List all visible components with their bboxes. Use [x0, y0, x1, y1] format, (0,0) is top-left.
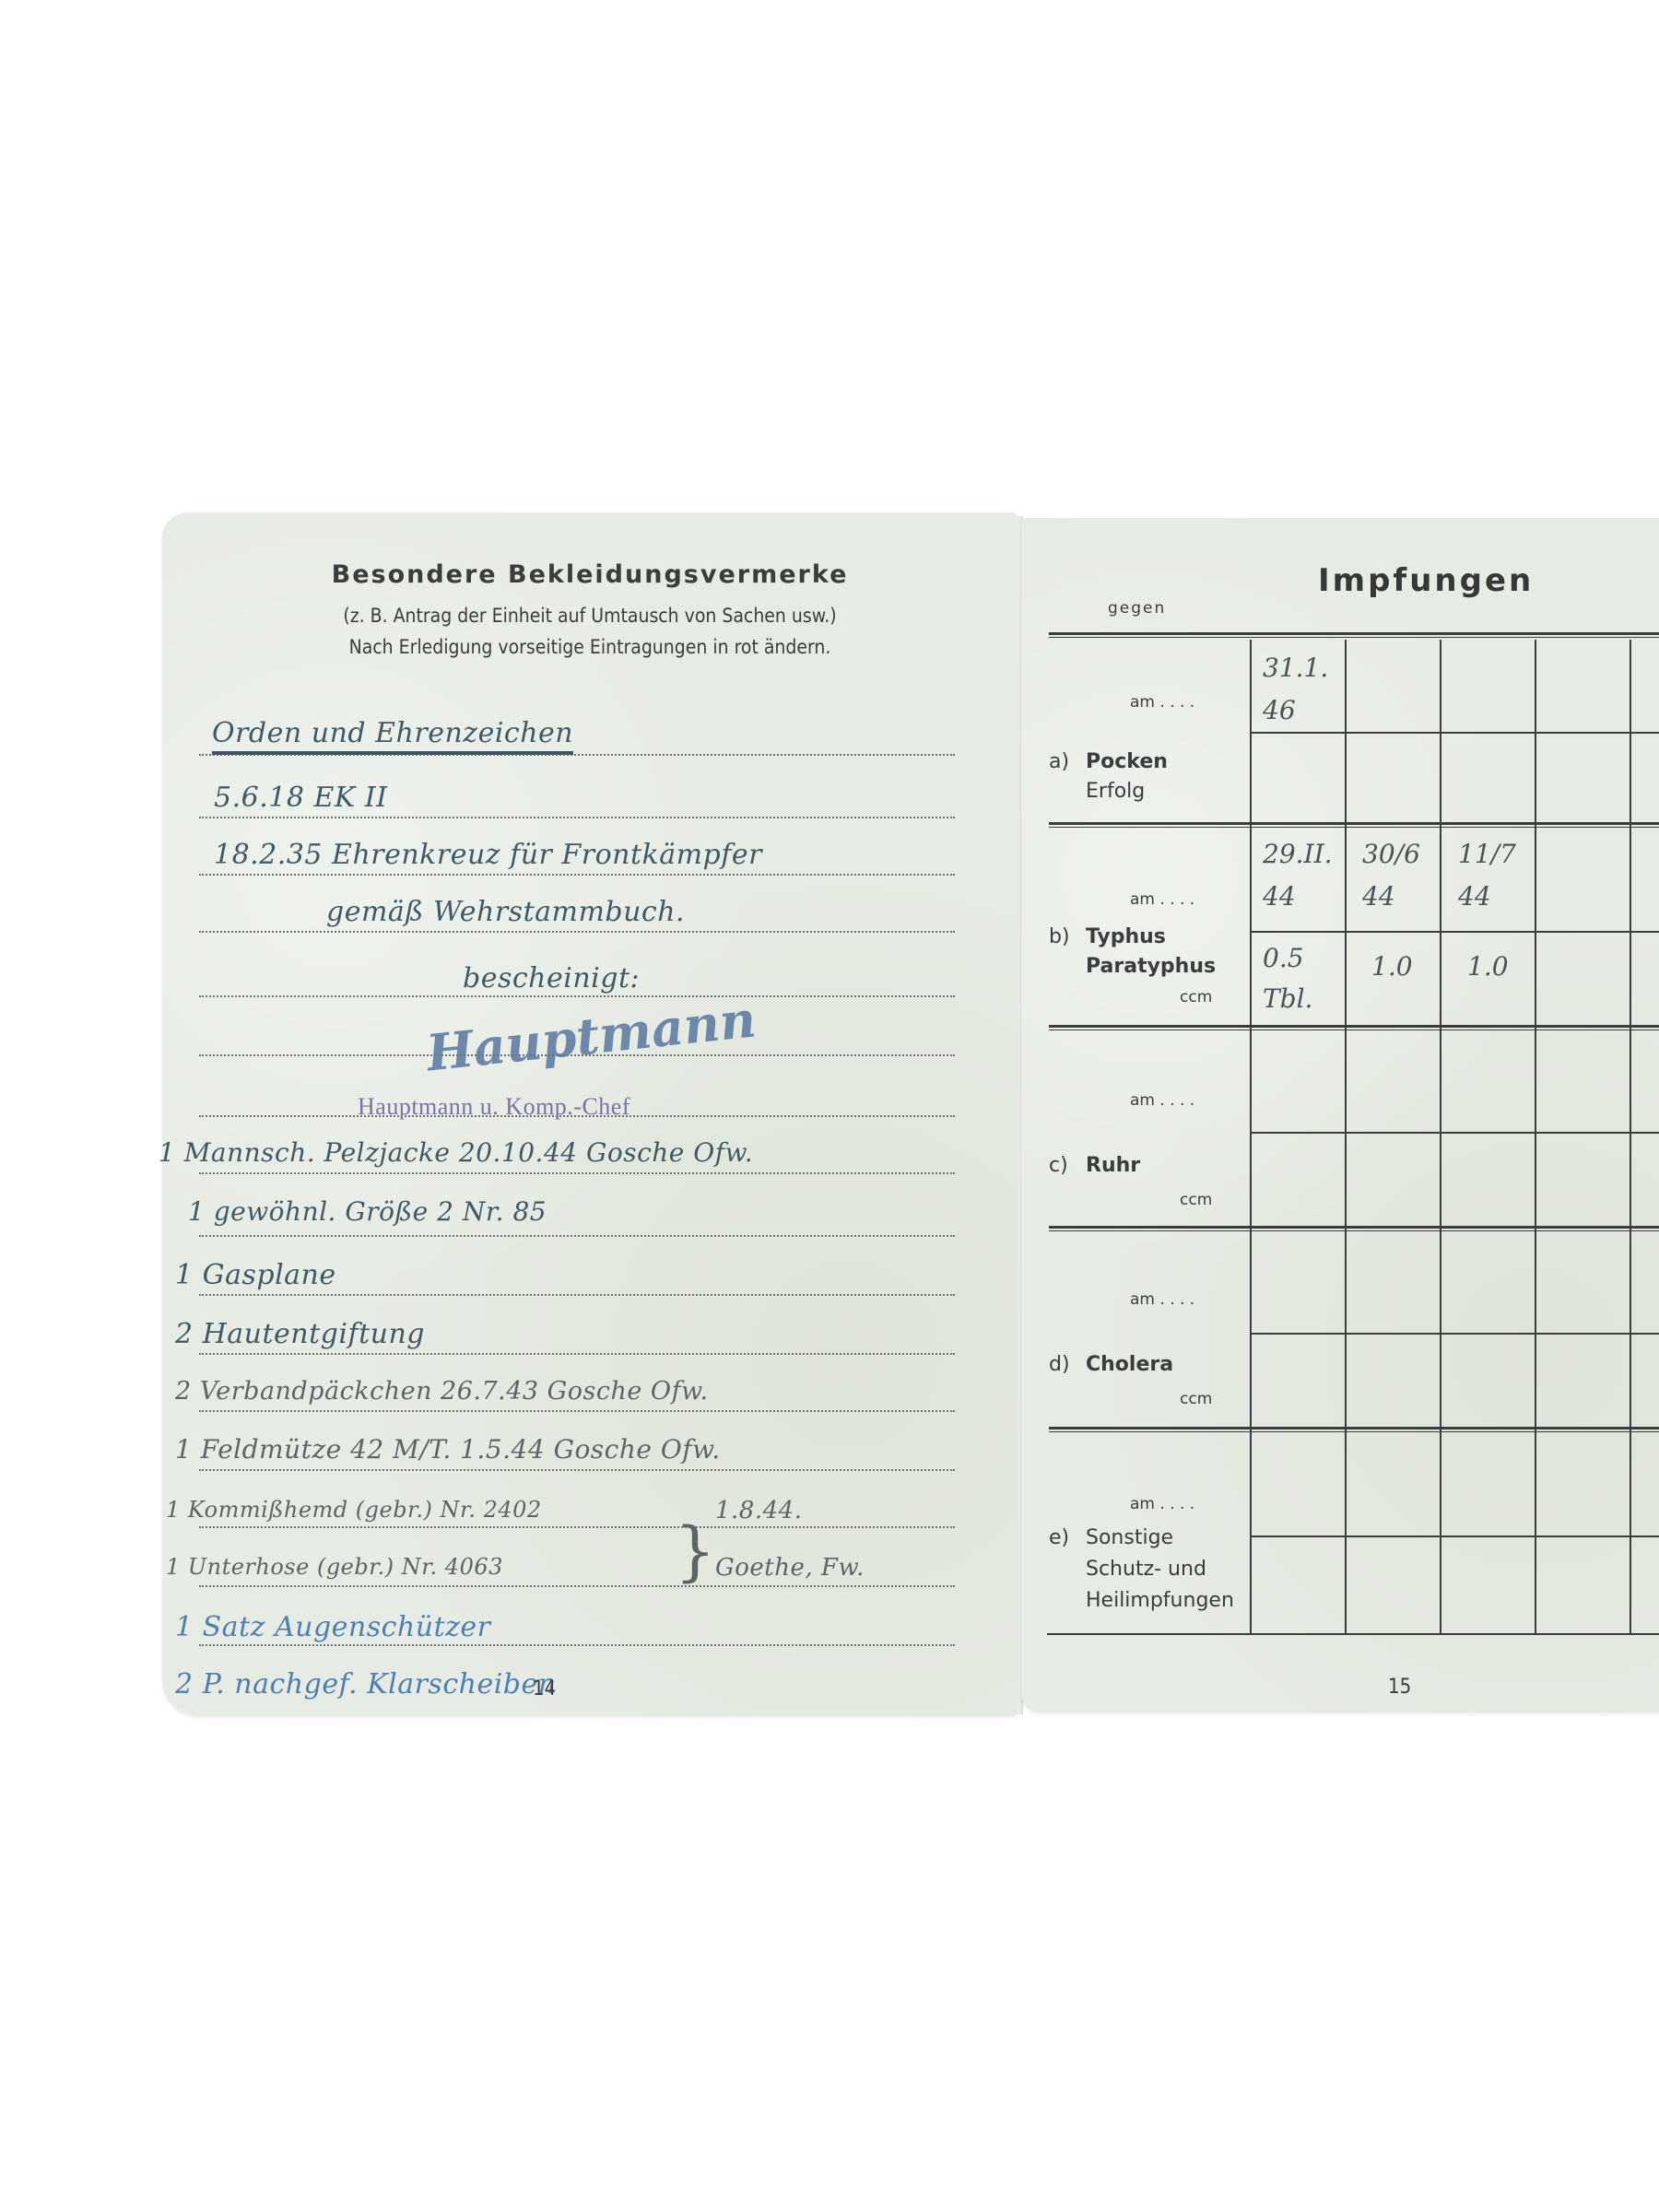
ccm-label: ccm: [1180, 1191, 1212, 1209]
bracket: }: [675, 1513, 716, 1589]
vaccination-date: 11/7 44: [1458, 833, 1532, 918]
handwritten-entry: bescheinigt:: [463, 962, 640, 994]
ruled-line: [199, 1410, 955, 1412]
clothing-signature: Goethe, Fw.: [715, 1554, 865, 1582]
vaccine-sub: Erfolg: [1086, 780, 1145, 803]
column-line: [1440, 640, 1441, 1633]
vaccination-dose: 0.5 Tbl.: [1263, 938, 1336, 1019]
column-line: [1630, 640, 1631, 1633]
ruled-line: [199, 1469, 955, 1471]
ccm-label: ccm: [1180, 1390, 1212, 1408]
vaccination-dose: 1.0: [1467, 951, 1509, 982]
ruled-line: [199, 874, 955, 876]
clothing-entry: 1 Satz Augenschützer: [175, 1611, 491, 1643]
vaccine-name-pocken: Pocken: [1086, 750, 1168, 773]
ruled-line: [199, 995, 955, 997]
clothing-entry: 1 Gasplane: [175, 1259, 336, 1291]
table-separator: [1049, 1427, 1659, 1432]
vaccination-date: 29.II. 44: [1263, 833, 1336, 918]
vaccination-date: 31.1. 46: [1263, 647, 1336, 732]
am-label: am . . . .: [1130, 693, 1194, 712]
vaccination-dose: 1.0: [1371, 951, 1413, 982]
section-letter: b): [1049, 925, 1070, 948]
table-separator: [1049, 822, 1659, 828]
cell-divider: [1252, 931, 1659, 933]
column-header-against: gegen: [1108, 599, 1166, 618]
column-line: [1250, 640, 1252, 1633]
clothing-entry: 2 Verbandpäckchen 26.7.43 Gosche Ofw.: [175, 1377, 709, 1406]
clothing-entry: 1 Feldmütze 42 M/T. 1.5.44 Gosche Ofw.: [175, 1434, 721, 1465]
handwritten-heading: Orden und Ehrenzeichen: [212, 717, 573, 755]
cell-divider: [1252, 1333, 1659, 1335]
ruled-line: [199, 1294, 955, 1296]
vaccine-name-cholera: Cholera: [1086, 1353, 1173, 1376]
ruled-line: [199, 1235, 955, 1237]
am-label: am . . . .: [1130, 890, 1194, 909]
rank-stamp: Hauptmann u. Komp.-Chef: [358, 1093, 630, 1121]
handwritten-entry: 18.2.35 Ehrenkreuz für Frontkämpfer: [214, 839, 762, 871]
clothing-entry: 1 Mannsch. Pelzjacke 20.10.44 Gosche Ofw…: [159, 1137, 753, 1168]
clothing-entry: 2 Hautentgiftung: [175, 1318, 425, 1350]
vaccination-date: 30/6 44: [1362, 833, 1436, 918]
ruled-line: [199, 1353, 955, 1355]
cell-divider: [1252, 1132, 1659, 1134]
table-separator: [1049, 632, 1659, 638]
clothing-entry: 2 P. nachgef. Klarscheiben: [175, 1668, 557, 1700]
page-title: Besondere Bekleidungsvermerke: [162, 560, 1018, 589]
section-letter: a): [1049, 750, 1069, 773]
clothing-entry: 1 Unterhose (gebr.) Nr. 4063: [166, 1554, 503, 1580]
page-14-clothing-notes: Besondere Bekleidungsvermerke (z. B. Ant…: [162, 512, 1018, 1716]
am-label: am . . . .: [1130, 1495, 1194, 1513]
page-number: 15: [1388, 1676, 1411, 1699]
section-letter: c): [1049, 1154, 1068, 1177]
section-letter: e): [1049, 1526, 1069, 1549]
page-subtitle-1: (z. B. Antrag der Einheit auf Umtausch v…: [162, 605, 1018, 627]
am-label: am . . . .: [1130, 1091, 1194, 1110]
vaccine-name-other: Sonstige: [1086, 1526, 1173, 1549]
ruled-line: [199, 1644, 955, 1646]
column-line: [1345, 640, 1347, 1633]
table-separator: [1049, 1226, 1659, 1231]
clothing-entry: 1 gewöhnl. Größe 2 Nr. 85: [188, 1196, 547, 1227]
table-separator: [1049, 1025, 1659, 1030]
am-label: am . . . .: [1130, 1290, 1194, 1309]
ruled-line: [199, 817, 955, 818]
officer-signature: Hauptmann: [424, 989, 759, 1082]
ccm-label: ccm: [1180, 988, 1212, 1006]
page-subtitle-2: Nach Erledigung vorseitige Eintragungen …: [162, 636, 1018, 658]
vaccine-name-typhus: Typhus: [1086, 925, 1166, 948]
vaccine-sub-2: Heilimpfungen: [1086, 1589, 1234, 1612]
vaccine-sub: Paratyphus: [1086, 955, 1216, 978]
ruled-line: [199, 1172, 955, 1174]
handwritten-entry: gemäß Wehrstammbuch.: [326, 896, 685, 928]
page-15-vaccinations: Impfungen gegen am . . . . a) Pocken Erf…: [1021, 518, 1659, 1712]
clothing-entry: 1 Kommißhemd (gebr.) Nr. 2402: [166, 1497, 542, 1523]
ruled-line: [199, 1585, 955, 1587]
ruled-line: [199, 931, 955, 933]
column-line: [1535, 640, 1536, 1633]
section-letter: d): [1049, 1353, 1070, 1376]
handwritten-entry: 5.6.18 EK II: [214, 782, 388, 814]
cell-divider: [1252, 732, 1659, 734]
page-number: 14: [533, 1677, 556, 1700]
page-title: Impfungen: [1318, 562, 1534, 599]
vaccine-name-ruhr: Ruhr: [1086, 1154, 1140, 1177]
clothing-date: 1.8.44.: [715, 1497, 802, 1524]
cell-divider: [1252, 1535, 1659, 1537]
table-bottom-line: [1047, 1633, 1659, 1635]
vaccine-sub: Schutz- und: [1086, 1558, 1206, 1581]
ruled-line: [199, 1526, 955, 1528]
